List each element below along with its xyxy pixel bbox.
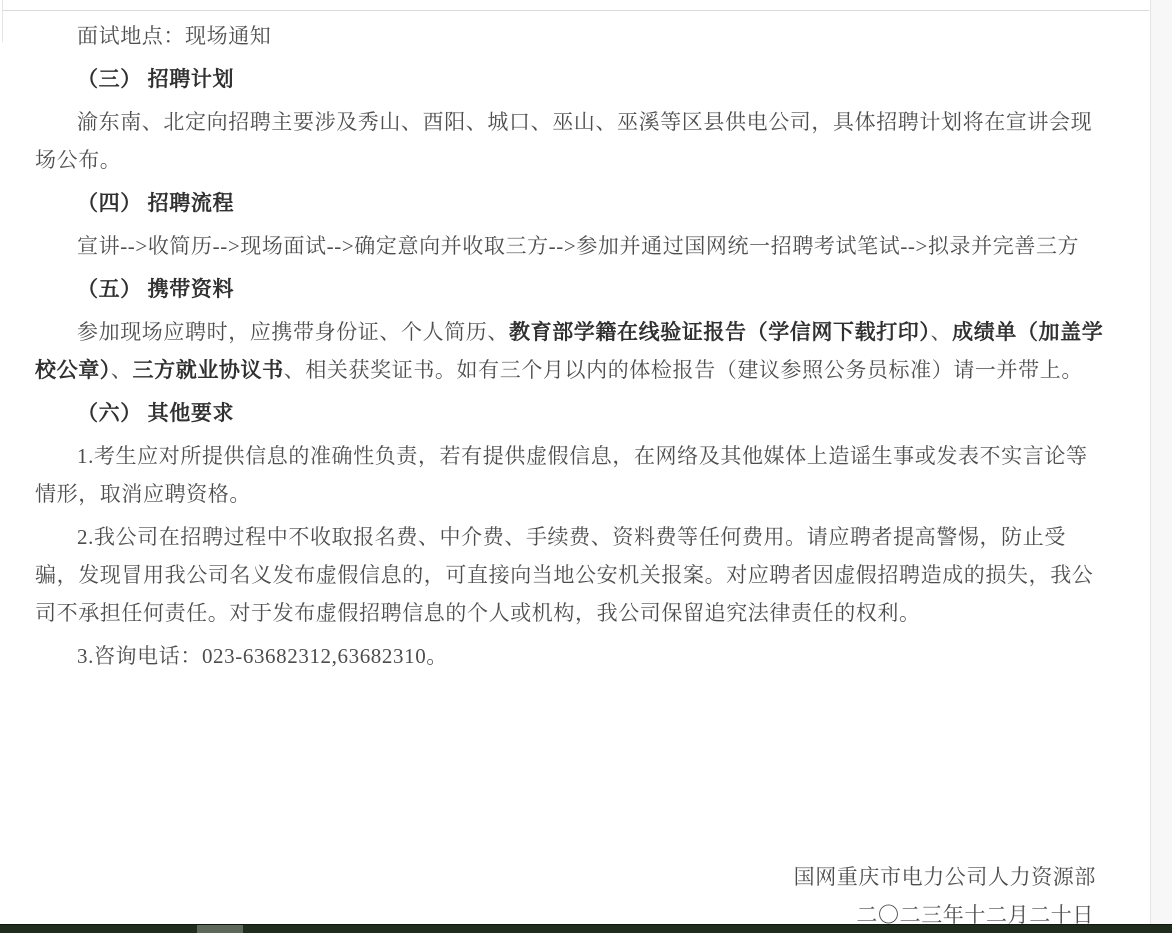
interview-location-line-text: 面试地点：现场通知 xyxy=(77,24,271,48)
section-4-paragraph-text: 宣讲-->收简历-->现场面试-->确定意向并收取三方-->参加并通过国网统一招… xyxy=(77,234,1079,258)
other-requirement-1: 1.考生应对所提供信息的准确性负责，若有提供虚假信息，在网络及其他媒体上造谣生事… xyxy=(35,437,1106,513)
other-requirement-2: 2.我公司在招聘过程中不收取报名费、中介费、手续费、资料费等任何费用。请应聘者提… xyxy=(35,518,1106,632)
signature-org: 国网重庆市电力公司人力资源部 xyxy=(35,858,1096,896)
other-requirement-1-text: 1.考生应对所提供信息的准确性负责，若有提供虚假信息，在网络及其他媒体上造谣生事… xyxy=(35,444,1088,506)
section-3-heading-bold-text: （三） 招聘计划 xyxy=(77,67,234,91)
section-3-paragraph-text: 渝东南、北定向招聘主要涉及秀山、酉阳、城口、巫山、巫溪等区县供电公司，具体招聘计… xyxy=(35,110,1092,172)
taskbar-edge[interactable] xyxy=(0,924,1172,933)
contact-phone-line: 3.咨询电话：023-63682312,63682310。 xyxy=(35,637,1106,675)
section-5-paragraph-text: 、相关获奖证书。如有三个月以内的体检报告（建议参照公务员标准）请一并带上。 xyxy=(284,358,1083,382)
section-6-heading: （六） 其他要求 xyxy=(35,394,1106,432)
section-3-paragraph: 渝东南、北定向招聘主要涉及秀山、酉阳、城口、巫山、巫溪等区县供电公司，具体招聘计… xyxy=(35,103,1106,179)
section-5-paragraph-bold-text: 三方就业协议书 xyxy=(133,358,284,382)
other-requirement-2-text: 2.我公司在招聘过程中不收取报名费、中介费、手续费、资料费等任何费用。请应聘者提… xyxy=(35,525,1093,625)
contact-phone-line-text: 3.咨询电话：023-63682312,63682310。 xyxy=(77,644,448,668)
taskbar-active-app-indicator[interactable] xyxy=(197,925,243,933)
section-4-heading-bold-text: （四） 招聘流程 xyxy=(77,191,234,215)
section-6-heading-bold-text: （六） 其他要求 xyxy=(77,401,234,425)
section-4-heading: （四） 招聘流程 xyxy=(35,184,1106,222)
signature-block: 国网重庆市电力公司人力资源部 二〇二三年十二月二十日 xyxy=(35,858,1106,933)
section-5-paragraph: 参加现场应聘时，应携带身份证、个人简历、教育部学籍在线验证报告（学信网下载打印）… xyxy=(35,313,1106,389)
interview-location-line: 面试地点：现场通知 xyxy=(35,17,1106,55)
section-3-heading: （三） 招聘计划 xyxy=(35,60,1106,98)
section-5-heading: （五） 携带资料 xyxy=(35,270,1106,308)
vertical-scrollbar-track[interactable] xyxy=(1150,0,1172,924)
section-5-paragraph-text: 参加现场应聘时，应携带身份证、个人简历、 xyxy=(77,320,509,344)
section-5-paragraph-text: 、 xyxy=(111,358,133,382)
section-5-heading-bold-text: （五） 携带资料 xyxy=(77,277,234,301)
document-body: 面试地点：现场通知（三） 招聘计划渝东南、北定向招聘主要涉及秀山、酉阳、城口、巫… xyxy=(0,0,1150,680)
section-5-paragraph-text: 、 xyxy=(931,320,953,344)
section-5-paragraph-bold-text: 教育部学籍在线验证报告（学信网下载打印） xyxy=(509,320,931,344)
section-4-paragraph: 宣讲-->收简历-->现场面试-->确定意向并收取三方-->参加并通过国网统一招… xyxy=(35,227,1106,265)
